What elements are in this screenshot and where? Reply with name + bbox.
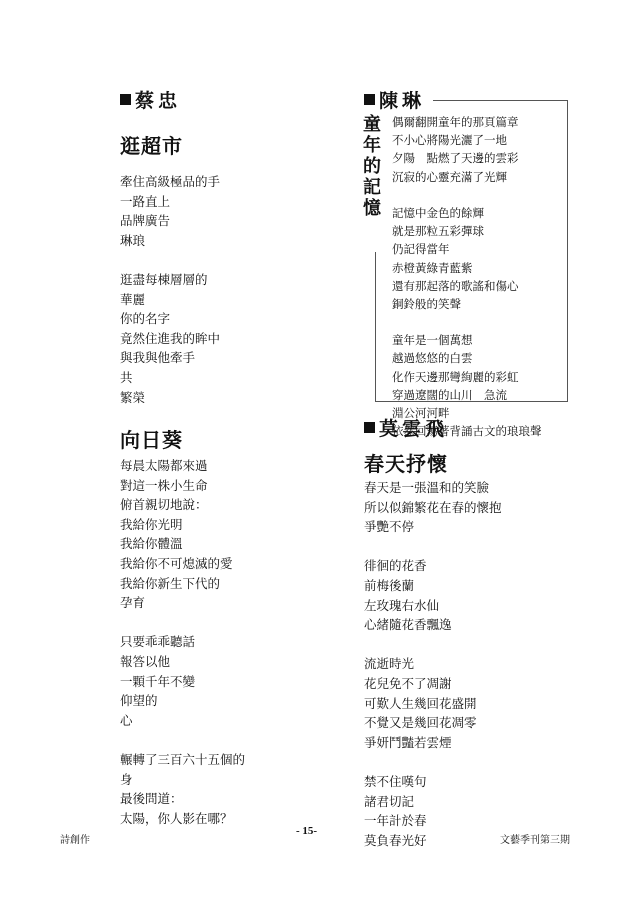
left-column: 蔡忠 逛超市 牽住高級極品的手 一路直上 品牌廣告 琳琅 逛盡每棟層層的 華麗 …	[120, 88, 340, 407]
left-column-section2: 向日葵 每晨太陽都來過 對這一株小生命 俯首親切地說： 我給你光明 我給你體溫 …	[120, 424, 340, 828]
author-name: 蔡忠	[135, 90, 181, 112]
title-char: 年	[362, 135, 382, 156]
square-bullet-icon	[120, 94, 131, 105]
poem-line: 穿過遼闊的山川 急流	[392, 386, 567, 404]
poem-line: 俯首親切地說：	[120, 495, 340, 515]
poem-line: 孕育	[120, 593, 340, 613]
poem-line: 還有那起落的歌謠和傷心	[392, 277, 567, 295]
poem-line: 輾轉了三百六十五個的	[120, 750, 340, 770]
poem-line: 沉寂的心靈充滿了光輝	[392, 168, 567, 186]
poem-line: 偶爾翻開童年的那頁篇章	[392, 113, 567, 131]
stanza: 只要乖乖聽話 報答以他 一顆千年不變 仰望的 心	[120, 632, 340, 730]
poem-line: 徘徊的花香	[364, 556, 594, 576]
stanza: 徘徊的花香 前梅後蘭 左玫瑰右水仙 心緒隨花香飄逸	[364, 556, 594, 634]
poem-line: 只要乖乖聽話	[120, 632, 340, 652]
poem-line: 不小心將陽光灑了一地	[392, 131, 567, 149]
title-char: 憶	[362, 198, 382, 219]
poem-line: 左玫瑰右水仙	[364, 596, 594, 616]
stanza: 逛盡每棟層層的 華麗 你的名字 竟然住進我的眸中 與我與他牽手 共 繁榮	[120, 270, 340, 407]
poem-line: 化作天邊那彎絢麗的彩虹	[392, 368, 567, 386]
poem-line: 每晨太陽都來過	[120, 456, 340, 476]
poem-line: 我給你新生下代的	[120, 574, 340, 594]
page-number: - 15-	[296, 825, 317, 837]
poem-title: 逛超市	[120, 130, 340, 160]
stanza: 春天是一張溫和的笑臉 所以似錦繁花在春的懷抱 爭艷不停	[364, 478, 594, 537]
poem-line: 銅鈴般的笑聲	[392, 295, 567, 313]
poem-line: 與我與他牽手	[120, 348, 340, 368]
poem-body: 每晨太陽都來過 對這一株小生命 俯首親切地說： 我給你光明 我給你體溫 我給你不…	[120, 456, 340, 828]
poem-line: 最後問道：	[120, 789, 340, 809]
poem-line: 越過悠悠的白雲	[392, 349, 567, 367]
poem-line: 記憶中金色的餘輝	[392, 204, 567, 222]
poem-line: 就是那粒五彩彈球	[392, 222, 567, 240]
title-char: 記	[362, 177, 382, 198]
poem-line: 報答以他	[120, 652, 340, 672]
poem-line: 所以似錦繁花在春的懷抱	[364, 498, 594, 518]
poem-line: 爭妍鬥豔若雲煙	[364, 733, 594, 753]
stanza: 每晨太陽都來過 對這一株小生命 俯首親切地說： 我給你光明 我給你體溫 我給你不…	[120, 456, 340, 613]
stanza: 輾轉了三百六十五個的 身 最後問道： 太陽，你人影在哪？	[120, 750, 340, 828]
poem-line: 可歎人生幾回花盛開	[364, 694, 594, 714]
poem-line: 禁不住嘆句	[364, 772, 594, 792]
poem-line: 一路直上	[120, 192, 340, 212]
poem-line: 仰望的	[120, 691, 340, 711]
poem-line: 身	[120, 770, 340, 790]
poem-line: 我給你體溫	[120, 534, 340, 554]
stanza: 牽住高級極品的手 一路直上 品牌廣告 琳琅	[120, 172, 340, 250]
poem-line: 童年是一個萬想	[392, 331, 567, 349]
author-heading: 蔡忠	[120, 88, 340, 114]
poem-line: 你的名字	[120, 309, 340, 329]
poem-title: 向日葵	[120, 424, 340, 452]
poem-line: 心	[120, 711, 340, 731]
poem-line: 仍記得當年	[392, 240, 567, 258]
vertical-poem-title: 童 年 的 記 憶	[362, 114, 382, 219]
poem-line: 一顆千年不變	[120, 672, 340, 692]
poem-body: 春天是一張溫和的笑臉 所以似錦繁花在春的懷抱 爭艷不停 徘徊的花香 前梅後蘭 左…	[364, 478, 594, 850]
poem-line: 春天是一張溫和的笑臉	[364, 478, 594, 498]
author-name: 莫雲飛	[379, 418, 448, 440]
poem-line: 赤橙黃綠青藍紫	[392, 259, 567, 277]
footer-section-label: 詩創作	[60, 831, 90, 846]
square-bullet-icon	[364, 422, 375, 433]
poem-line: 流逝時光	[364, 654, 594, 674]
poem-line: 花兒免不了凋謝	[364, 674, 594, 694]
poem-line: 竟然住進我的眸中	[120, 329, 340, 349]
poem-line: 品牌廣告	[120, 211, 340, 231]
poem-line: 爭艷不停	[364, 517, 594, 537]
title-char: 的	[362, 156, 382, 177]
poem-line: 共	[120, 368, 340, 388]
square-bullet-icon	[364, 94, 375, 105]
poem-line: 華麗	[120, 290, 340, 310]
poem-line: 一年計於春	[364, 811, 594, 831]
poem-line: 逛盡每棟層層的	[120, 270, 340, 290]
stanza: 流逝時光 花兒免不了凋謝 可歎人生幾回花盛開 不覺又是幾回花凋零 爭妍鬥豔若雲煙	[364, 654, 594, 752]
stanza: 偶爾翻開童年的那頁篇章 不小心將陽光灑了一地 夕陽 點燃了天邊的雲彩 沉寂的心靈…	[392, 113, 567, 186]
poem-line: 諸君切記	[364, 792, 594, 812]
footer-publication-label: 文藝季刊第三期	[500, 831, 570, 846]
author-heading: 莫雲飛	[364, 416, 594, 442]
poem-line: 牽住高級極品的手	[120, 172, 340, 192]
poem-title: 春天抒懷	[364, 448, 594, 476]
stanza: 記憶中金色的餘輝 就是那粒五彩彈球 仍記得當年 赤橙黃綠青藍紫 還有那起落的歌謠…	[392, 204, 567, 313]
title-char: 童	[362, 114, 382, 135]
right-column-section2: 莫雲飛 春天抒懷 春天是一張溫和的笑臉 所以似錦繁花在春的懷抱 爭艷不停 徘徊的…	[364, 416, 594, 850]
poem-body: 偶爾翻開童年的那頁篇章 不小心將陽光灑了一地 夕陽 點燃了天邊的雲彩 沉寂的心靈…	[392, 113, 567, 440]
poem-line: 我給你光明	[120, 515, 340, 535]
poem-line: 不覺又是幾回花凋零	[364, 713, 594, 733]
poem-line: 心緒隨花香飄逸	[364, 615, 594, 635]
poem-line: 夕陽 點燃了天邊的雲彩	[392, 149, 567, 167]
poem-line: 琳琅	[120, 231, 340, 251]
poem-line: 繁榮	[120, 388, 340, 408]
frame-left-border	[375, 252, 376, 402]
poem-line: 對這一株小生命	[120, 476, 340, 496]
poem-body: 牽住高級極品的手 一路直上 品牌廣告 琳琅 逛盡每棟層層的 華麗 你的名字 竟然…	[120, 172, 340, 407]
poem-line: 我給你不可熄滅的愛	[120, 554, 340, 574]
poem-line: 前梅後蘭	[364, 576, 594, 596]
